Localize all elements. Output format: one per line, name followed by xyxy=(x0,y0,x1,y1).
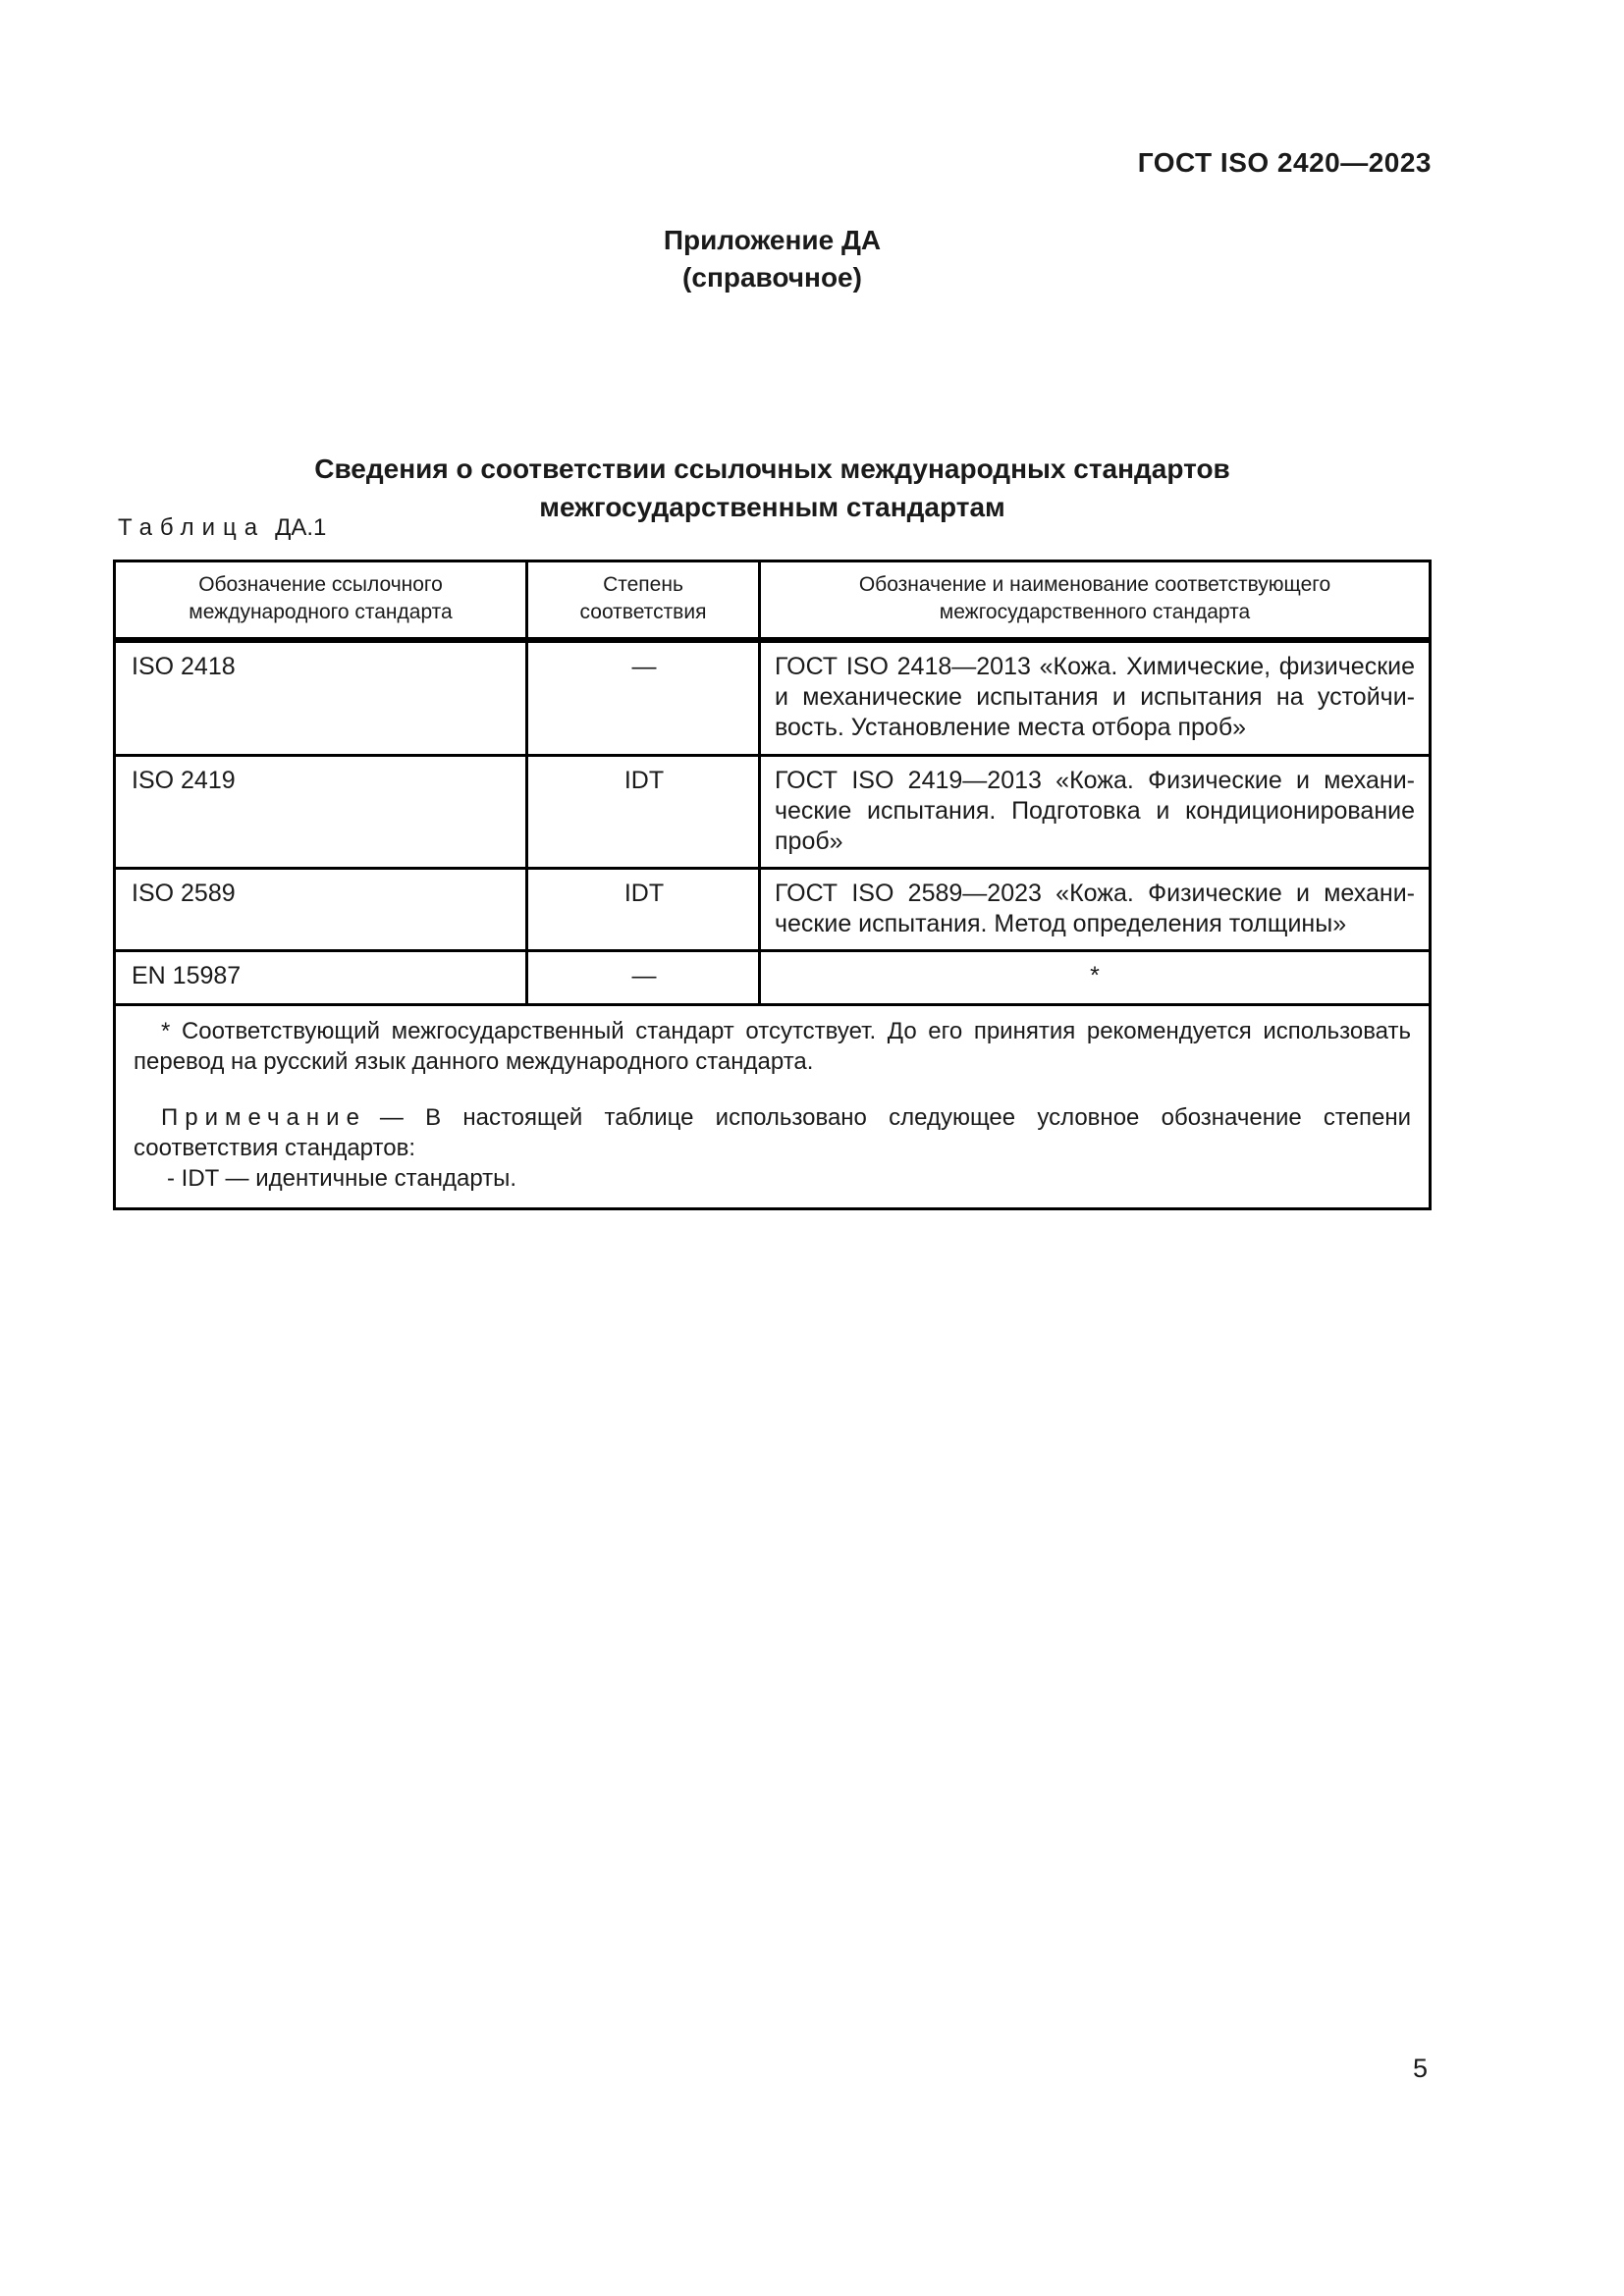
document-page: ГОСТ ISO 2420—2023 Приложение ДА (справо… xyxy=(0,0,1624,2296)
cell-degree: — xyxy=(528,643,761,754)
cell-degree: IDT xyxy=(528,870,761,949)
table-caption: ТаблицаДА.1 xyxy=(118,514,326,542)
note-list-item: - IDT — идентичные стандарты. xyxy=(134,1163,1411,1194)
cell-interstate-standard: ГОСТ ISO 2419—2013 «Кожа. Физические и м… xyxy=(761,757,1429,867)
table-caption-id: ДА.1 xyxy=(275,514,326,541)
appendix-subtitle: (справочное) xyxy=(113,259,1432,296)
cell-degree: — xyxy=(528,952,761,1003)
page-number: 5 xyxy=(1413,2054,1428,2084)
cell-reference-standard: ISO 2589 xyxy=(116,870,528,949)
appendix-title: Приложение ДА xyxy=(113,222,1432,259)
table-footnote: * Соответствующий межгосударственный ста… xyxy=(134,1016,1411,1077)
column-header-degree: Степень соответствия xyxy=(528,562,761,637)
table-row: EN 15987 — * xyxy=(116,949,1429,1003)
cell-interstate-standard: ГОСТ ISO 2418—2013 «Кожа. Химические, фи… xyxy=(761,643,1429,754)
correspondence-table: Обозначение ссылочного международного ст… xyxy=(113,560,1432,1210)
table-header-row: Обозначение ссылочного международного ст… xyxy=(116,562,1429,637)
cell-interstate-standard: ГОСТ ISO 2589—2023 «Кожа. Физические и м… xyxy=(761,870,1429,949)
section-title-line1: Сведения о соответствии ссылочных междун… xyxy=(113,450,1432,488)
table-caption-word: Таблица xyxy=(118,514,265,541)
cell-reference-standard: EN 15987 xyxy=(116,952,528,1003)
cell-degree: IDT xyxy=(528,757,761,867)
note-label: Примечание xyxy=(161,1104,366,1131)
cell-interstate-standard: * xyxy=(761,952,1429,1003)
appendix-heading: Приложение ДА (справочное) xyxy=(113,222,1432,296)
table-body: ISO 2418 — ГОСТ ISO 2418—2013 «Кожа. Хим… xyxy=(116,643,1429,1003)
cell-reference-standard: ISO 2419 xyxy=(116,757,528,867)
document-code: ГОСТ ISO 2420—2023 xyxy=(1138,147,1432,179)
column-header-interstate-standard: Обозначение и наименование соответствующ… xyxy=(761,562,1429,637)
cell-reference-standard: ISO 2418 xyxy=(116,643,528,754)
table-row: ISO 2419 IDT ГОСТ ISO 2419—2013 «Кожа. Ф… xyxy=(116,754,1429,867)
table-note: Примечание— В настоящей таблице использо… xyxy=(134,1102,1411,1163)
table-footnote-block: * Соответствующий межгосударственный ста… xyxy=(116,1003,1429,1207)
table-row: ISO 2418 — ГОСТ ISO 2418—2013 «Кожа. Хим… xyxy=(116,643,1429,754)
table-row: ISO 2589 IDT ГОСТ ISO 2589—2023 «Кожа. Ф… xyxy=(116,867,1429,949)
column-header-reference-standard: Обозначение ссылочного международного ст… xyxy=(116,562,528,637)
